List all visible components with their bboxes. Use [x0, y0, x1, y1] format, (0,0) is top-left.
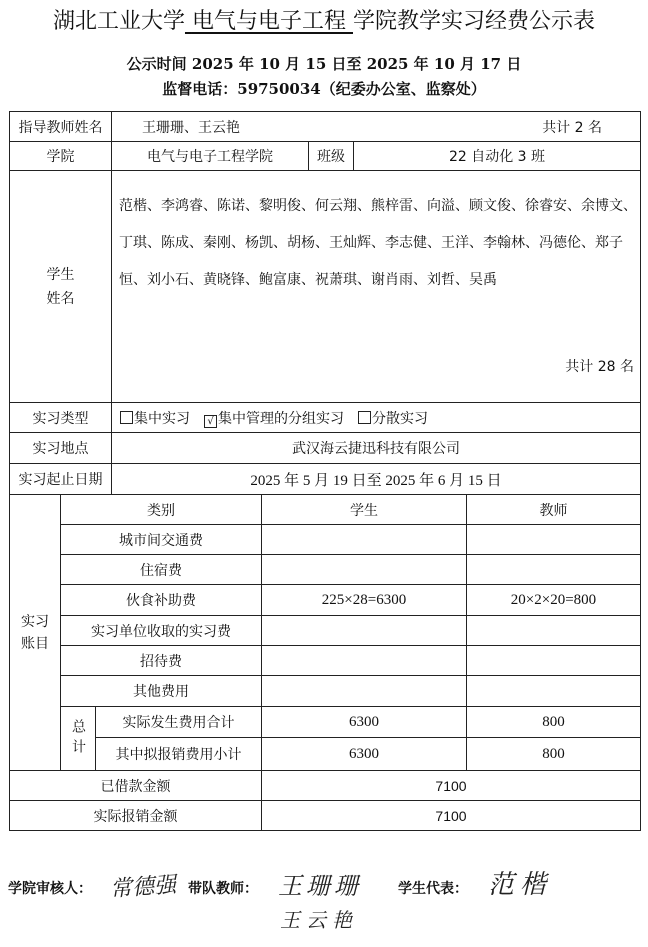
header-student: 学生	[261, 494, 467, 525]
row-category: 伙食补助费	[60, 584, 262, 616]
row-student	[261, 645, 467, 676]
row-category: 城市间交通费	[60, 524, 262, 555]
expense-section-label: 实习 账目	[9, 494, 61, 771]
borrowed-value: 7100	[261, 770, 641, 801]
supervision-phone: 监督电话：59750034（纪委办公室、监察处）	[0, 78, 648, 99]
college-label: 学院	[9, 141, 112, 171]
student-names: 范楷、李鸿睿、陈诺、黎明俊、何云翔、熊梓雷、向溢、顾文俊、徐睿安、余博文、丁琪、…	[119, 188, 639, 299]
row-teacher	[466, 615, 641, 646]
teacher-sign-label: 带队教师：	[188, 878, 258, 898]
header-teacher: 教师	[466, 494, 641, 525]
teacher-signature-1: 王珊珊	[278, 866, 362, 901]
row-teacher	[466, 524, 641, 555]
type-option-centralized[interactable]: 集中实习	[120, 408, 190, 428]
row-student	[261, 554, 467, 585]
total-row-student: 6300	[261, 737, 467, 771]
title-suffix: 学院教学实习经费公示表	[353, 9, 595, 34]
row-teacher	[466, 645, 641, 676]
teacher-signature-2: 王云艳	[280, 904, 358, 933]
teacher-names: 王珊珊、王云艳	[142, 117, 240, 137]
row-category: 招待费	[60, 645, 262, 676]
student-total: 共计 28 名	[565, 356, 634, 376]
class-label: 班级	[308, 141, 354, 171]
checkbox-unchecked-icon[interactable]	[120, 411, 133, 424]
location-value: 武汉海云捷迅科技有限公司	[111, 432, 641, 464]
class-value: 22 自动化 3 班	[353, 141, 641, 171]
row-teacher	[466, 554, 641, 585]
checkbox-unchecked-icon[interactable]	[358, 411, 371, 424]
dates-value: 2025 年 5 月 19 日至 2025 年 6 月 15 日	[111, 463, 641, 495]
total-row-category: 实际发生费用合计	[95, 706, 262, 738]
notice-period: 公示时间 2025 年 10 月 15 日至 2025 年 10 月 17 日	[0, 53, 648, 74]
reimbursed-label: 实际报销金额	[9, 800, 262, 831]
type-label: 实习类型	[9, 402, 112, 433]
row-category: 其他费用	[60, 675, 262, 707]
borrowed-label: 已借款金额	[9, 770, 262, 801]
dates-label: 实习起止日期	[9, 463, 112, 495]
students-label: 学生 姓名	[9, 170, 112, 403]
row-category: 住宿费	[60, 554, 262, 585]
total-row-student: 6300	[261, 706, 467, 738]
college-value: 电气与电子工程学院	[111, 141, 309, 171]
title-college: 电气与电子工程	[185, 9, 353, 34]
student-rep-label: 学生代表：	[398, 878, 468, 898]
header-category: 类别	[60, 494, 262, 525]
page-title: 湖北工业大学 电气与电子工程 学院教学实习经费公示表	[0, 4, 648, 35]
teacher-total: 共计 2 名	[542, 117, 602, 137]
reviewer-signature: 常德强	[109, 868, 177, 904]
row-student: 225×28=6300	[261, 584, 467, 616]
total-row-teacher: 800	[466, 737, 641, 771]
type-option-dispersed[interactable]: 分散实习	[358, 408, 428, 428]
reviewer-label: 学院审核人：	[8, 878, 92, 898]
row-student	[261, 615, 467, 646]
location-label: 实习地点	[9, 432, 112, 464]
row-student	[261, 524, 467, 555]
row-teacher: 20×2×20=800	[466, 584, 641, 616]
total-row-category: 其中拟报销费用小计	[95, 737, 262, 771]
type-options: 集中实习 √集中管理的分组实习 分散实习	[111, 402, 641, 433]
total-row-teacher: 800	[466, 706, 641, 738]
title-prefix: 湖北工业大学	[53, 9, 185, 34]
row-category: 实习单位收取的实习费	[60, 615, 262, 646]
total-label: 总计	[60, 706, 96, 771]
teacher-label: 指导教师姓名	[9, 111, 112, 142]
row-student	[261, 675, 467, 707]
type-option-grouped[interactable]: √集中管理的分组实习	[204, 408, 344, 428]
teacher-names-cell: 王珊珊、王云艳 共计 2 名	[111, 111, 641, 142]
checkbox-checked-icon[interactable]: √	[204, 415, 217, 428]
student-rep-signature: 范楷	[488, 864, 552, 901]
reimbursed-value: 7100	[261, 800, 641, 831]
row-teacher	[466, 675, 641, 707]
